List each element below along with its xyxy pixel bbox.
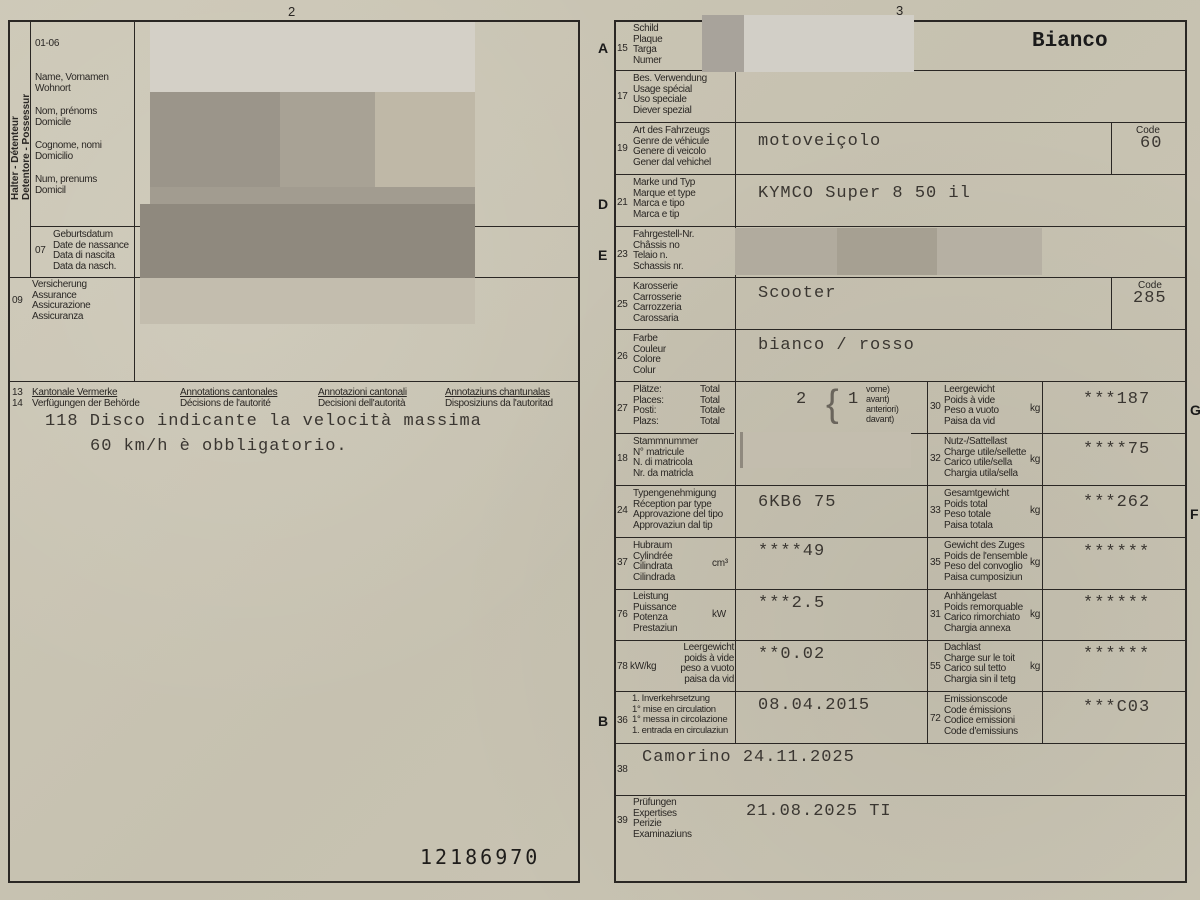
brace-icon: { xyxy=(826,384,839,424)
f30-code: 30 xyxy=(930,402,941,413)
type-approval-value: 6KB6 75 xyxy=(758,493,836,512)
field-07-code: 07 xyxy=(35,246,46,257)
f30-labels: LeergewichtPoids à videPeso a vuotoPaisa… xyxy=(944,385,999,427)
side-letter-a: A xyxy=(598,40,608,56)
f31-code: 31 xyxy=(930,610,941,621)
f27-total-labels: TotalTotalTotaleTotal xyxy=(700,385,725,427)
f26-labels: FarbeCouleurColoreColur xyxy=(633,334,666,376)
f18-code: 18 xyxy=(617,454,628,465)
field-01-06-code: 01-06 xyxy=(35,39,59,50)
f25-code: 25 xyxy=(617,300,628,311)
f31-labels: AnhängelastPoids remorquableCarico rimor… xyxy=(944,592,1023,634)
annotation-sub-de: Verfügungen der Behörde xyxy=(32,399,140,410)
redacted-insurance xyxy=(140,278,475,324)
f37-labels: HubraumCylindréeCilindrataCilindrada xyxy=(633,541,675,583)
f21-labels: Marke und TypMarque et typeMarca e tipoM… xyxy=(633,178,696,220)
annotation-header-it: Annotazioni cantonali xyxy=(318,388,407,399)
vehicle-type-code: 60 xyxy=(1140,134,1162,153)
f35-code: 35 xyxy=(930,558,941,569)
f39-code: 39 xyxy=(617,816,628,827)
f36-code: 36 xyxy=(617,716,628,727)
redacted-plate xyxy=(702,15,744,72)
redacted-chassis xyxy=(735,228,837,275)
plate-color-value: Bianco xyxy=(1032,30,1108,53)
emission-code-value: ***C03 xyxy=(1083,698,1150,717)
side-letter-f: F xyxy=(1190,506,1199,522)
side-letter-b: B xyxy=(598,713,608,729)
body-type-value: Scooter xyxy=(758,284,836,303)
f55-code: 55 xyxy=(930,662,941,673)
power-weight-value: **0.02 xyxy=(758,645,825,664)
f27-code: 27 xyxy=(617,404,628,415)
f24-code: 24 xyxy=(617,506,628,517)
f23-code: 23 xyxy=(617,250,628,261)
f21-code: 21 xyxy=(617,198,628,209)
f76-unit: kW xyxy=(712,610,726,621)
f19-code: 19 xyxy=(617,144,628,155)
redacted-matricule xyxy=(740,432,911,468)
seats-front-labels: vorne)avant)anteriori)davant) xyxy=(866,384,899,424)
redacted-birthdate xyxy=(140,204,475,278)
annotation-codes: 1314 xyxy=(12,388,23,409)
f55-unit: kg xyxy=(1030,662,1040,673)
annotation-sub-fr: Décisions de l'autorité xyxy=(180,399,271,410)
document-serial-number: 12186970 xyxy=(420,845,540,869)
f35-labels: Gewicht des ZugesPoids de l'ensemblePeso… xyxy=(944,541,1028,583)
payload-value: ****75 xyxy=(1083,440,1150,459)
side-letter-d: D xyxy=(598,196,608,212)
f78-labels: Leergewichtpoids à videpeso a vuotopaisa… xyxy=(674,643,734,685)
holder-vertical-label: Halter - Détenteur Detentore - Possessur xyxy=(10,94,32,200)
seats-total-value: 2 xyxy=(796,390,807,409)
annotation-sub-rm: Disposiziuns da l'autoritad xyxy=(445,399,553,410)
f33-unit: kg xyxy=(1030,506,1040,517)
vehicle-type-value: motoveiçolo xyxy=(758,132,881,151)
f27-labels: Plätze:Places:Posti:Plazs: xyxy=(633,385,664,427)
f18-labels: StammnummerN° matriculeN. di matricolaNr… xyxy=(633,437,698,479)
f17-labels: Bes. VerwendungUsage spécialUso speciale… xyxy=(633,74,707,116)
f26-code: 26 xyxy=(617,352,628,363)
train-weight-value: ****** xyxy=(1083,543,1150,562)
f25-labels: KarosserieCarrosserieCarrozzeriaCarossar… xyxy=(633,282,681,324)
f35-unit: kg xyxy=(1030,558,1040,569)
f32-code: 32 xyxy=(930,454,941,465)
total-weight-value: ***262 xyxy=(1083,493,1150,512)
f32-labels: Nutz-/SattellastCharge utile/selletteCar… xyxy=(944,437,1026,479)
first-registration-value: 08.04.2015 xyxy=(758,696,870,715)
f31-unit: kg xyxy=(1030,610,1040,621)
annotation-header-rm: Annotaziuns chantunalas xyxy=(445,388,550,399)
side-letter-g: G xyxy=(1190,402,1200,418)
f17-code: 17 xyxy=(617,92,628,103)
inspection-date-value: 21.08.2025 TI xyxy=(746,802,892,821)
side-letter-e: E xyxy=(598,247,607,263)
f36-labels: 1. Inverkehrsetzung1° mise en circulatio… xyxy=(632,694,728,736)
field-01-06-labels: Name, VornamenWohnort Nom, prénomsDomici… xyxy=(35,73,109,196)
empty-weight-value: ***187 xyxy=(1083,390,1150,409)
annotation-header-de: Kantonale Vermerke xyxy=(32,388,117,399)
f72-code: 72 xyxy=(930,714,941,725)
power-value: ***2.5 xyxy=(758,594,825,613)
annotation-sub-it: Decisioni dell'autorità xyxy=(318,399,405,410)
f19-labels: Art des FahrzeugsGenre de véhiculeGenere… xyxy=(633,126,711,168)
f55-labels: DachlastCharge sur le toitCarico sul tet… xyxy=(944,643,1016,685)
annotation-text-line1: 118 Disco indicante la velocità massima xyxy=(45,412,482,431)
f33-code: 33 xyxy=(930,506,941,517)
redacted-name xyxy=(150,22,475,92)
issue-place-date-value: Camorino 24.11.2025 xyxy=(642,748,855,767)
seats-front-value: 1 xyxy=(848,390,859,409)
f15-labels: SchildPlaqueTargaNumer xyxy=(633,24,662,66)
f15-code: 15 xyxy=(617,44,628,55)
f23-labels: Fahrgestell-Nr.Châssis noTelaio n.Schass… xyxy=(633,230,694,272)
roof-load-value: ****** xyxy=(1083,645,1150,664)
field-07-labels: GeburtsdatumDate de nassance Data di nas… xyxy=(53,230,129,272)
field-09-labels: VersicherungAssurance AssicurazioneAssic… xyxy=(32,280,90,322)
f30-unit: kg xyxy=(1030,404,1040,415)
f38-code: 38 xyxy=(617,765,628,776)
annotation-header-fr: Annotations cantonales xyxy=(180,388,277,399)
f76-code: 76 xyxy=(617,610,628,621)
f37-unit: cm³ xyxy=(712,559,728,570)
color-value: bianco / rosso xyxy=(758,336,915,355)
body-type-code: 285 xyxy=(1133,289,1167,308)
page-number-left: 2 xyxy=(288,4,295,19)
f33-labels: GesamtgewichtPoids totalPeso totalePaisa… xyxy=(944,489,1009,531)
f24-labels: TypengenehmigungRéception par typeApprov… xyxy=(633,489,723,531)
f72-labels: EmissionscodeCode émissionsCodice emissi… xyxy=(944,695,1018,737)
f76-labels: LeistungPuissancePotenzaPrestaziun xyxy=(633,592,677,634)
f78-code: 78 kW/kg xyxy=(617,662,656,673)
f32-unit: kg xyxy=(1030,455,1040,466)
f37-code: 37 xyxy=(617,558,628,569)
annotation-text-line2: 60 km/h è obbligatorio. xyxy=(90,437,348,456)
make-model-value: KYMCO Super 8 50 il xyxy=(758,184,971,203)
trailer-load-value: ****** xyxy=(1083,594,1150,613)
f39-labels: PrüfungenExpertisesPerizieExaminaziuns xyxy=(633,798,692,840)
displacement-value: ****49 xyxy=(758,542,825,561)
field-09-code: 09 xyxy=(12,296,23,307)
